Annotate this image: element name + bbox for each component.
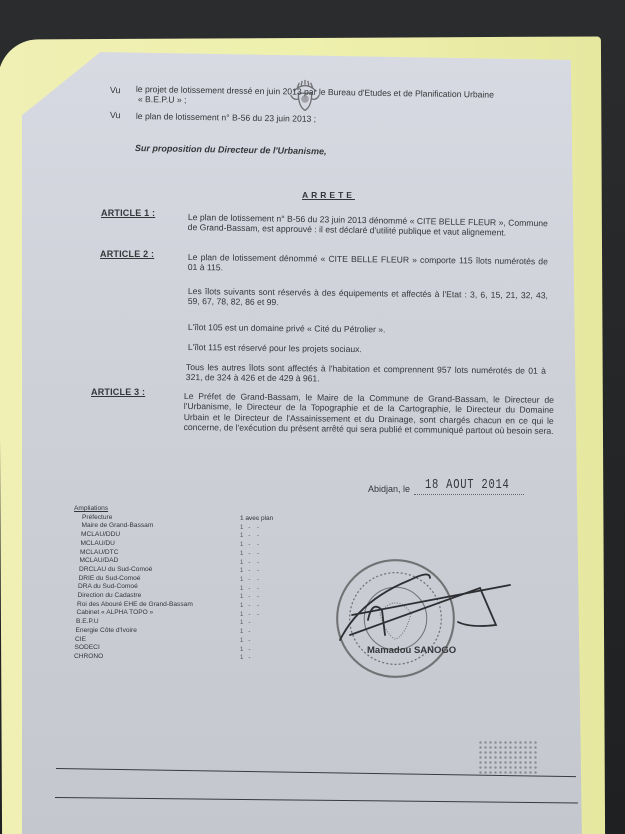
date-dotted-line [414,494,524,495]
article-2-label: ARTICLE 2 : [100,249,154,259]
copy-mark: 1 - - [240,524,259,533]
recipient-item: Direction du Cadastre [78,592,193,601]
article-2-para-4: L'îlot 115 est réservé pour les projets … [188,342,362,355]
recipient-item: MCLAU/DU [81,540,193,549]
decree-title: ARRETE [302,190,355,200]
copy-mark: 1 - [240,637,259,646]
copy-mark: 1 - - [240,602,259,611]
article-3-text: Le Préfet de Grand-Bassam, le Maire de l… [184,391,554,436]
recipient-item: Cabinet « ALPHA TOPO » [77,609,193,618]
copy-mark: 1 - - [240,541,259,550]
copy-mark: 1 - - [240,515,259,524]
copy-mark: 1 - - [240,576,259,585]
recipient-item: CHRONO [74,653,193,662]
recipient-item: DRA du Sud-Comoé [78,583,193,592]
copies-marks-column: 1 - -1 - -1 - -1 - -1 - -1 - -1 - -1 - -… [240,515,259,663]
recipient-item: MCLAU/DDU [81,531,193,540]
vu-label-1: Vu [110,85,121,96]
copy-mark: 1 - - [240,567,259,576]
proposition-line: Sur proposition du Directeur de l'Urbani… [135,143,327,157]
article-2-para-1: Le plan de lotissement dénommé « CITE BE… [188,252,548,277]
copy-mark: 1 - [240,619,259,628]
recipient-item: MCLAU/DTC [80,549,193,558]
recipient-item: CIE [75,636,193,645]
date-stamp: 18 AOUT 2014 [425,477,510,493]
article-2-para-3: L'îlot 105 est un domaine privé « Cité d… [188,322,386,335]
recipient-item: Préfecture [82,514,193,523]
date-label: Abidjan, le [368,484,410,494]
copy-mark: 1 - [240,628,259,637]
copy-mark: 1 - [240,654,259,663]
vu-label-2: Vu [110,110,121,121]
copy-mark: 1 - - [240,532,259,541]
ampliations-heading: Ampliations [74,505,193,514]
recipient-item: B.E.P.U [76,618,193,627]
article-1-text: Le plan de lotissement n° B-56 du 23 jui… [188,212,548,239]
recipient-item: Roi des Abouré EHE de Grand-Bassam [77,601,193,610]
copy-mark: 1 - - [240,611,259,620]
signature-icon [330,530,530,650]
recipient-item: SODECI [75,644,193,653]
ampliations-list: Ampliations PréfectureMaire de Grand-Bas… [74,505,193,662]
bottom-rule-2 [55,797,578,803]
recipient-item: DRCLAU du Sud-Comoé [79,566,193,575]
recipient-item: Maire de Grand-Bassam [82,522,193,531]
copy-mark: 1 - - [240,550,259,559]
copy-mark: 1 - - [240,593,259,602]
article-2-para-2: Les îlots suivants sont réservés à des é… [188,286,548,311]
signatory-name: Mamadou SANOGO [367,645,456,656]
article-1-label: ARTICLE 1 : [101,208,155,218]
coat-of-arms-icon [286,78,324,116]
decree-document: Vu le projet de lotissement dressé en ju… [0,0,625,834]
article-2-para-5: Tous les autres îlots sont affectés à l'… [186,362,546,387]
recipient-item: MCLAU/DAD [80,557,193,566]
recipient-item: DRIE du Sud-Comoé [79,575,193,584]
ink-smudge [478,740,538,775]
copy-mark: 1 - [240,646,259,655]
article-3-label: ARTICLE 3 : [91,387,145,397]
copy-mark: 1 - - [240,585,259,594]
vu-text-1b: « B.E.P.U » ; [138,94,187,105]
copy-mark: 1 - - [240,559,259,568]
recipient-item: Energie Côte d'Ivoire [76,627,193,636]
